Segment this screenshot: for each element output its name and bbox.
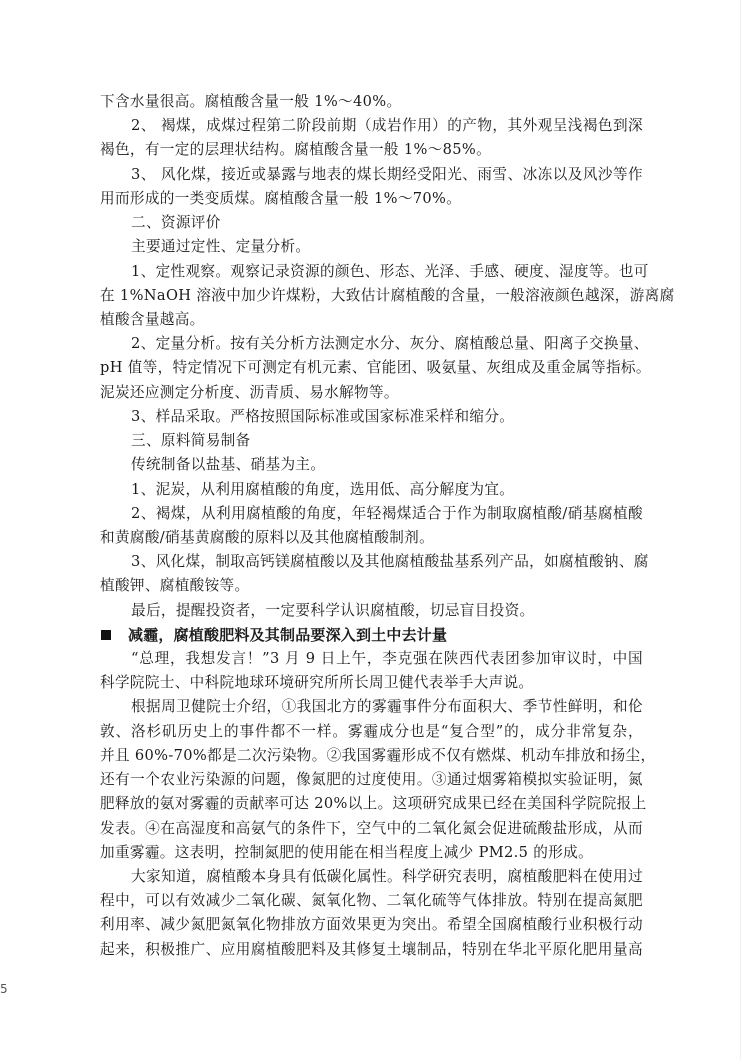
text-line: 起来，积极推广、应用腐植酸肥料及其修复土壤制品，特别在华北平原化肥用量高 (100, 938, 643, 962)
section-heading-resource-evaluation: 二、资源评价 (100, 211, 643, 235)
text-line: 用而形成的一类变质煤。腐植酸含量一般 1%～70%。 (100, 187, 643, 211)
document-body: 下含水量很高。腐植酸含量一般 1%～40%。 2、 褐煤，成煤过程第二阶段前期（… (100, 90, 643, 962)
text-line: 主要通过定性、定量分析。 (100, 235, 643, 259)
text-line: 和黄腐酸/硝基黄腐酸的原料以及其他腐植酸制剂。 (100, 526, 643, 550)
text-line: 3、 风化煤，接近或暴露与地表的煤长期经受阳光、雨雪、冰冻以及风沙等作 (100, 163, 643, 187)
text-line: pH 值等，特定情况下可测定有机元素、官能团、吸氨量、灰组成及重金属等指标。 (100, 356, 643, 380)
text-line: 并且 60%-70%都是二次污染物。②我国雾霾形成不仅有燃煤、机动车排放和扬尘， (100, 744, 643, 768)
text-line: 3、风化煤，制取高钙镁腐植酸以及其他腐植酸盐基系列产品，如腐植酸钠、腐 (100, 550, 643, 574)
text-line: 1、泥炭，从利用腐植酸的角度，选用低、高分解度为宜。 (100, 478, 643, 502)
text-line: 程中，可以有效减少二氧化碳、氮氧化物、二氧化硫等气体排放。特别在提高氮肥 (100, 889, 643, 913)
text-line: 敦、洛杉矶历史上的事件都不一样。雾霾成分也是“复合型”的，成分非常复杂， (100, 720, 643, 744)
article-heading-title: 减霾，腐植酸肥料及其制品要深入到土中去计量 (128, 623, 447, 647)
text-line: 褐色，有一定的层理状结构。腐植酸含量一般 1%～85%。 (100, 138, 643, 162)
text-line: 加重雾霾。这表明，控制氮肥的使用能在相当程度上减少 PM2.5 的形成。 (100, 841, 643, 865)
text-line: 利用率、减少氮肥氮氧化物排放方面效果更为突出。希望全国腐植酸行业积极行动 (100, 913, 643, 937)
text-line: 在 1%NaOH 溶液中加少许煤粉，大致估计腐植酸的含量，一般溶液颜色越深，游离… (100, 284, 643, 308)
text-line: 2、 褐煤，成煤过程第二阶段前期（成岩作用）的产物，其外观呈浅褐色到深 (100, 114, 643, 138)
page-number: 5 (0, 982, 8, 996)
text-line: 下含水量很高。腐植酸含量一般 1%～40%。 (100, 90, 643, 114)
section-heading-raw-material-preparation: 三、原料简易制备 (100, 429, 643, 453)
article-heading: 减霾，腐植酸肥料及其制品要深入到土中去计量 (100, 623, 643, 647)
text-line: 1、定性观察。观察记录资源的颜色、形态、光泽、手感、硬度、湿度等。也可 (100, 260, 643, 284)
text-line: 最后，提醒投资者，一定要科学认识腐植酸，切忌盲目投资。 (100, 599, 643, 623)
text-line: 根据周卫健院士介绍，①我国北方的雾霾事件分布面积大、季节性鲜明，和伦 (100, 695, 643, 719)
text-line: 泥炭还应测定分析度、沥青质、易水解物等。 (100, 381, 643, 405)
text-line: “总理，我想发言！”3 月 9 日上午，李克强在陕西代表团参加审议时，中国 (100, 647, 643, 671)
text-line: 大家知道，腐植酸本身具有低碳化属性。科学研究表明，腐植酸肥料在使用过 (100, 865, 643, 889)
text-line: 传统制备以盐基、硝基为主。 (100, 453, 643, 477)
black-square-icon (101, 630, 111, 640)
text-line: 植酸钾、腐植酸铵等。 (100, 574, 643, 598)
text-line: 还有一个农业污染源的问题，像氮肥的过度使用。③通过烟雾箱模拟实验证明，氮 (100, 768, 643, 792)
text-line: 3、样品采取。严格按照国际标准或国家标准采样和缩分。 (100, 405, 643, 429)
text-line: 2、定量分析。按有关分析方法测定水分、灰分、腐植酸总量、阳离子交换量、 (100, 332, 643, 356)
text-line: 肥释放的氨对雾霾的贡献率可达 20%以上。这项研究成果已经在美国科学院院报上 (100, 792, 643, 816)
text-line: 发表。④在高湿度和高氨气的条件下，空气中的二氧化氮会促进硫酸盐形成，从而 (100, 817, 643, 841)
text-line: 植酸含量越高。 (100, 308, 643, 332)
text-line: 科学院院士、中科院地球环境研究所所长周卫健代表举手大声说。 (100, 671, 643, 695)
page-edge (740, 0, 741, 1060)
text-line: 2、褐煤，从利用腐植酸的角度，年轻褐煤适合于作为制取腐植酸/硝基腐植酸 (100, 502, 643, 526)
